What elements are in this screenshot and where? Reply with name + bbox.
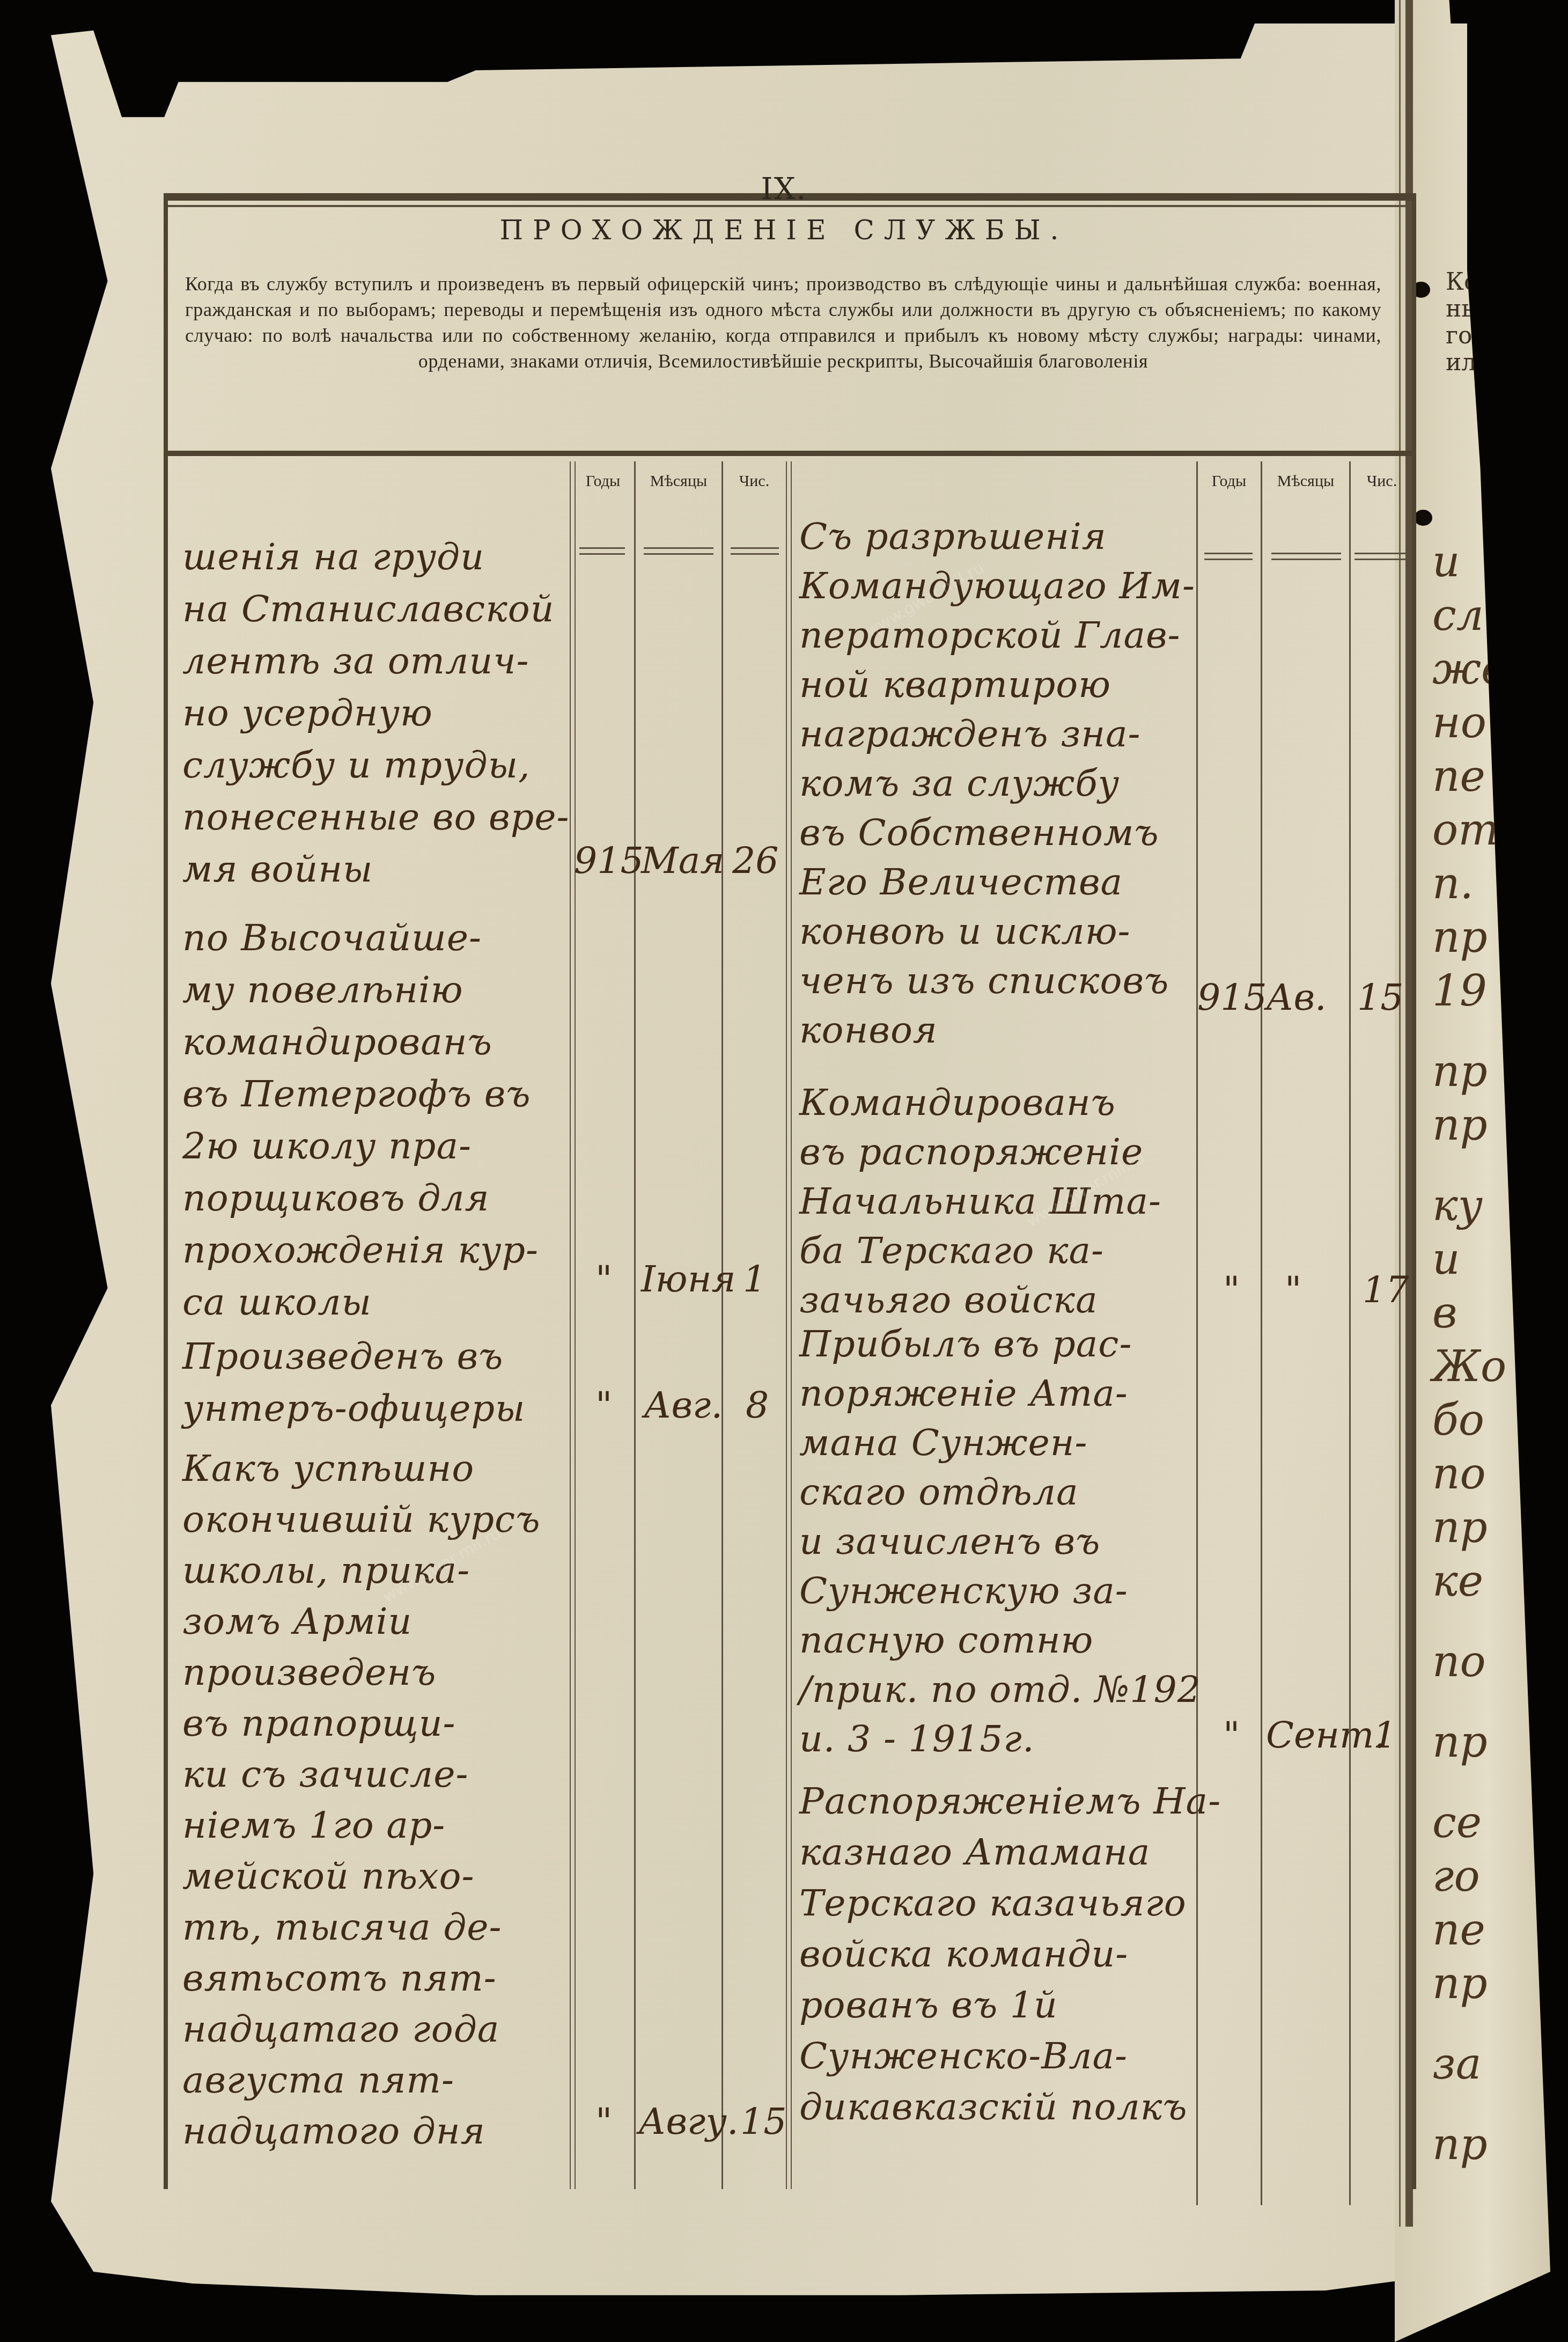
- header-underline: [579, 547, 625, 555]
- adjacent-hand-fragment: в: [1432, 1288, 1457, 1338]
- entry-month: Авг.: [644, 1384, 723, 1427]
- adjacent-hand-fragment: го: [1432, 1851, 1480, 1901]
- column-divider: [1261, 461, 1262, 2205]
- adjacent-hand-fragment: п.: [1432, 858, 1474, 908]
- adjacent-hand-fragment: от: [1432, 805, 1499, 855]
- column-header-day: Чис.: [1352, 472, 1412, 490]
- adjacent-hand-fragment: пр: [1432, 1958, 1488, 2008]
- adjacent-hand-fragment: пр: [1432, 1046, 1488, 1096]
- adjacent-hand-fragment: за: [1432, 2039, 1481, 2089]
- header-underline: [731, 547, 779, 555]
- header-separator: [166, 451, 1416, 456]
- adjacent-print-fragment: ны: [1446, 295, 1480, 322]
- entry-day: 15: [1357, 977, 1404, 1019]
- column-divider: [570, 461, 576, 2189]
- entry-day: 17: [1363, 1269, 1409, 1311]
- service-entry-text: Распоряженіемъ На- казнаго Атамана Терск…: [799, 1776, 1221, 2133]
- section-number: IX.: [0, 172, 1568, 207]
- entry-year: ": [595, 2101, 612, 2143]
- adjacent-page-edge: Ког ны го или и сл же но пе от п. пр 19 …: [1395, 0, 1550, 2342]
- entry-year: ": [595, 1258, 612, 1301]
- service-entry-text: Прибылъ въ рас- поряженіе Ата- мана Сунж…: [799, 1320, 1201, 1764]
- header-underline: [1271, 553, 1341, 560]
- adjacent-hand-fragment: се: [1432, 1797, 1482, 1847]
- column-divider: [786, 461, 792, 2189]
- adjacent-hand-fragment: Жо: [1432, 1341, 1506, 1391]
- service-entry-text: шенія на груди на Станиславской лентѣ за…: [182, 531, 569, 895]
- adjacent-hand-fragment: пе: [1432, 1905, 1485, 1955]
- binding-hole: [1414, 510, 1432, 526]
- column-divider: [722, 461, 723, 2189]
- adjacent-hand-fragment: же: [1432, 644, 1506, 694]
- adjacent-hand-fragment: пр: [1432, 1717, 1488, 1767]
- entry-month: Іюня: [641, 1258, 736, 1301]
- adjacent-hand-fragment: 19: [1432, 966, 1487, 1016]
- adjacent-hand-fragment: пр: [1432, 1100, 1488, 1150]
- adjacent-hand-fragment: и: [1432, 537, 1460, 586]
- column-divider: [634, 461, 636, 2189]
- entry-month: Ав.: [1266, 977, 1327, 1019]
- adjacent-hand-fragment: сл: [1432, 590, 1484, 640]
- header-underline: [1354, 553, 1405, 560]
- adjacent-page-rule-thin: [1399, 0, 1401, 2227]
- adjacent-print-fragment: Ког: [1446, 268, 1491, 296]
- header-underline: [644, 547, 713, 555]
- entry-month: Сент.: [1266, 1714, 1386, 1757]
- section-instructions: Когда въ службу вступилъ и произведенъ в…: [185, 271, 1381, 374]
- table-frame-left: [164, 193, 168, 2189]
- adjacent-hand-fragment: ке: [1432, 1556, 1483, 1606]
- entry-day: 15: [740, 2101, 787, 2143]
- entry-year: 915: [574, 840, 644, 882]
- entry-month: ": [1285, 1269, 1301, 1311]
- entry-day: 26: [732, 840, 779, 882]
- entry-day: 1: [743, 1258, 766, 1301]
- adjacent-hand-fragment: пр: [1432, 912, 1488, 962]
- column-header-months: Мѣсяцы: [1263, 472, 1349, 490]
- column-divider: [1349, 461, 1351, 2205]
- header-underline: [1204, 553, 1253, 560]
- entry-day: 1: [1373, 1714, 1396, 1757]
- column-header-months: Мѣсяцы: [636, 472, 721, 490]
- adjacent-hand-fragment: пе: [1432, 751, 1485, 801]
- adjacent-hand-fragment: ку: [1432, 1180, 1483, 1230]
- adjacent-hand-fragment: пр: [1432, 2119, 1488, 2169]
- adjacent-print-fragment: го: [1446, 322, 1473, 349]
- adjacent-print-fragment: или: [1446, 349, 1492, 376]
- column-header-day: Чис.: [724, 472, 784, 490]
- adjacent-hand-fragment: и: [1432, 1234, 1460, 1284]
- service-entry-text: Произведенъ въ унтеръ-офицеры: [182, 1331, 525, 1435]
- entry-month: Авгу.: [638, 2101, 739, 2143]
- service-entry-text: Командированъ въ распоряженіе Начальника…: [799, 1078, 1161, 1325]
- section-title: ПРОХОЖДЕНІЕ СЛУЖБЫ.: [0, 215, 1568, 246]
- column-header-years: Годы: [573, 472, 633, 490]
- entry-day: 8: [746, 1384, 769, 1427]
- entry-month: Мая: [641, 840, 724, 882]
- adjacent-hand-fragment: по: [1432, 1449, 1486, 1499]
- entry-year: ": [595, 1384, 612, 1427]
- entry-year: ": [1223, 1714, 1240, 1757]
- adjacent-hand-fragment: по: [1432, 1636, 1486, 1686]
- adjacent-hand-fragment: но: [1432, 698, 1486, 747]
- column-header-years: Годы: [1198, 472, 1260, 490]
- adjacent-hand-fragment: пр: [1432, 1502, 1488, 1552]
- table-frame-right: [1412, 193, 1416, 2189]
- service-entry-text: Съ разрѣшенія Командующаго Им- ператорск…: [799, 512, 1195, 1055]
- service-entry-text: по Высочайше- му повелѣнію командированъ…: [182, 912, 539, 1328]
- entry-year: ": [1223, 1269, 1240, 1311]
- entry-year: 915: [1197, 977, 1267, 1019]
- adjacent-hand-fragment: бо: [1432, 1395, 1484, 1445]
